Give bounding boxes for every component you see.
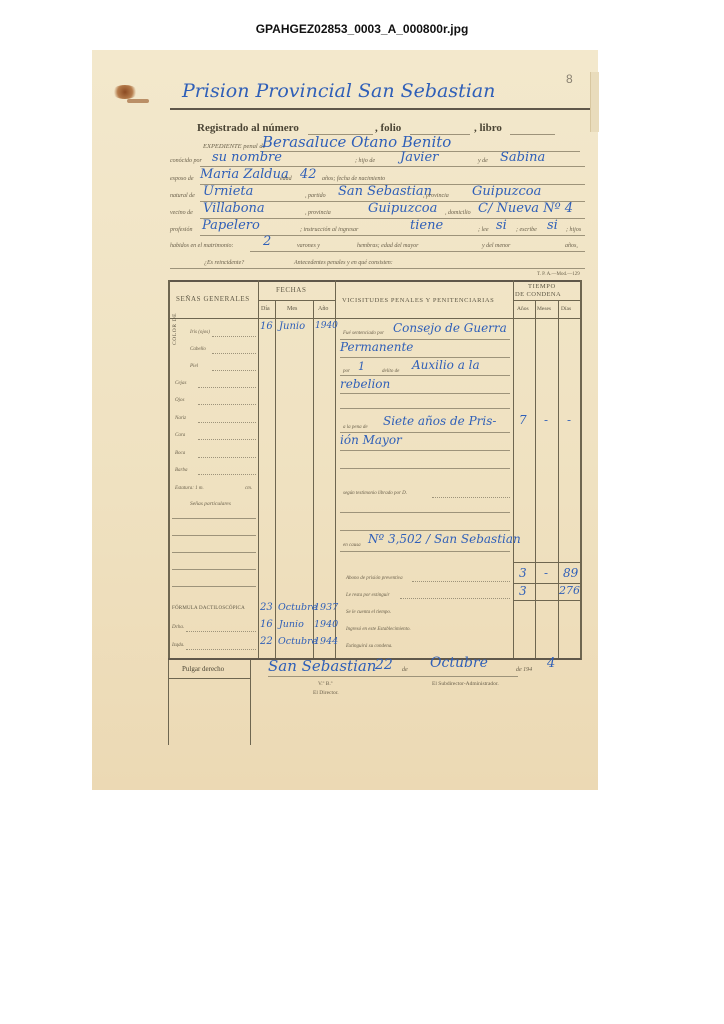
form-code: T. P. A.—Mod.—129: [537, 272, 580, 277]
label-lee: ; lee: [478, 227, 489, 233]
pulgar-box-rule: [168, 678, 250, 679]
label-anos: años,: [565, 243, 578, 249]
particulares-line-2: [172, 535, 256, 536]
profesion-value: Papelero: [202, 218, 260, 233]
delito-rule-1: [340, 375, 510, 376]
ojos-line: [198, 404, 256, 405]
instruccion-value: tiene: [410, 218, 443, 233]
label-provincia: , provincia: [423, 193, 449, 199]
label-vecino: vecino de: [170, 210, 193, 216]
signature-year-digit: 4: [547, 656, 555, 671]
col-divider-anos: [535, 300, 536, 660]
edad-value: 42: [300, 167, 317, 182]
expediente-name: Berasaluce Otano Benito: [262, 133, 451, 151]
date-ingreso-mes: Junio: [279, 619, 304, 630]
date-extincion-mes: Octubre: [278, 636, 317, 647]
label-abono: Abono de prisión preventiva: [346, 576, 403, 581]
provincia-natal-value: Guipuzcoa: [472, 184, 541, 199]
cejas-line: [198, 387, 256, 388]
label-expediente: EXPEDIENTE penal de: [203, 143, 265, 150]
col-divider-vicisitudes: [513, 280, 514, 660]
particulares-line-5: [172, 586, 256, 587]
label-pulgar: Pulgar derecho: [182, 665, 224, 673]
abono-top-rule: [513, 562, 580, 563]
header-vicisitudes: VICISITUDES PENALES Y PENITENCIARIAS: [342, 297, 494, 304]
paper-fold: [590, 72, 599, 132]
natural-value: Urnieta: [203, 184, 253, 199]
label-iris: Iris (ojos): [190, 330, 210, 335]
abono-meses: -: [544, 566, 548, 580]
tribunal-line-2: Permanente: [340, 340, 413, 354]
label-resta: Le resta por extinguir: [346, 593, 390, 598]
boca-line: [198, 457, 256, 458]
fechas-subheader-rule: [258, 300, 335, 301]
label-menor: y del menor: [482, 243, 510, 249]
causa-value: Nº 3,502 / San Sebastian: [368, 532, 521, 546]
cabello-line: [212, 353, 256, 354]
habidos-line: [250, 251, 585, 252]
label-ingreso: Ingresó en este Establecimiento.: [346, 627, 411, 632]
label-instruccion: ; instrucción al ingresar: [300, 227, 358, 233]
varones-value: 2: [263, 234, 271, 249]
header-dias: Días: [561, 306, 571, 312]
label-edad: edad: [280, 176, 292, 182]
label-provincia-vecino: , provincia: [305, 210, 331, 216]
label-partido: , partido: [305, 193, 326, 199]
header-senas: SEÑAS GENERALES: [176, 295, 250, 303]
partido-value: San Sebastian: [338, 184, 432, 199]
abono-dotline: [412, 581, 510, 582]
label-causa: en causa: [343, 543, 361, 548]
date-cuenta-ano: 1937: [314, 602, 338, 613]
resta-dias: 276: [559, 584, 580, 597]
label-libro: , libro: [474, 122, 502, 134]
delito-line-2: rebelion: [340, 377, 390, 391]
pulgar-box-left: [168, 660, 169, 745]
header-dia: Día: [261, 306, 270, 312]
particulares-line-1: [172, 518, 256, 519]
pena-rule-2: [340, 450, 510, 451]
header-mes: Mes: [287, 306, 297, 312]
label-subdirector: El Subdirector-Administrador.: [432, 681, 499, 687]
profesion-line: [200, 235, 585, 236]
escribe-value: si: [547, 218, 558, 233]
col-divider-dia: [275, 300, 276, 660]
date-cuenta-mes: Octubre: [278, 602, 317, 613]
date-extincion-dia: 22: [260, 636, 273, 647]
label-cm: cm.: [245, 486, 252, 491]
table-left-border: [168, 280, 170, 660]
delito-rule-2: [340, 393, 510, 394]
testimonio-line: [432, 497, 510, 498]
header-rule: [170, 108, 590, 110]
esposa-value: Maria Zaldua: [200, 167, 289, 182]
label-estatura: Estatura: 1 m.: [175, 486, 204, 491]
label-natural: natural de: [170, 193, 195, 199]
sentence-ano: 1940: [315, 321, 338, 331]
num-delitos: 1: [358, 360, 365, 373]
institution-name: Prision Provincial San Sebastian: [182, 80, 495, 102]
label-de-ano: de 194: [516, 667, 532, 673]
label-hijos: ; hijos: [566, 227, 581, 233]
libro-field[interactable]: [510, 134, 555, 135]
label-vobo: V.º B.º: [318, 681, 332, 687]
label-dcha: Dcha.: [172, 625, 184, 630]
sentence-dia: 16: [260, 321, 273, 332]
signature-line: [268, 676, 518, 677]
pena-line-2: ión Mayor: [340, 433, 402, 447]
header-de-condena: DE CONDENA: [515, 291, 561, 298]
pena-meses: -: [544, 413, 548, 427]
antecedentes-line: [170, 268, 585, 269]
abono-dias: 89: [563, 566, 578, 580]
pena-dias: -: [567, 413, 571, 427]
resta-anos: 3: [519, 584, 527, 598]
filename-caption: GPAHGEZ02853_0003_A_000800r.jpg: [0, 22, 724, 36]
label-cejas: Cejas: [175, 381, 186, 386]
iris-line: [212, 336, 256, 337]
header-anos: Años: [517, 306, 529, 312]
label-conocido: conócido por: [170, 158, 202, 164]
tribunal-line-1: Consejo de Guerra: [393, 321, 507, 335]
label-delito: delito de: [382, 369, 399, 374]
rust-stain-streak: [127, 99, 149, 103]
header-meses: Meses: [537, 306, 551, 312]
table-top-border: [168, 280, 581, 282]
resta-bottom-rule: [513, 600, 580, 601]
label-domicilio: , domicilio: [445, 210, 471, 216]
label-varones: varones y: [297, 243, 320, 249]
table-right-border: [580, 280, 582, 660]
label-piel: Piel: [190, 364, 198, 369]
label-hijo: ; hijo de: [355, 158, 375, 164]
label-formula: FÓRMULA DACTILOSCÓPICA: [172, 606, 245, 611]
date-extincion-ano: 1944: [314, 636, 338, 647]
label-nariz: Nariz: [175, 416, 186, 421]
label-esposo: esposo de: [170, 176, 194, 182]
label-profesion: profesión: [170, 227, 192, 233]
dcha-line: [186, 631, 256, 632]
vicisitudes-rule-6: [340, 512, 510, 513]
label-escribe: ; escribe: [516, 227, 537, 233]
vicisitudes-rule-5: [340, 468, 510, 469]
label-cuenta: Se le cuenta el tiempo.: [346, 610, 391, 615]
label-hembras: hembras; edad del mayor: [357, 243, 419, 249]
particulares-line-4: [172, 569, 256, 570]
domicilio-value: C/ Nueva Nº 4: [478, 201, 573, 216]
sentence-mes: Junio: [279, 321, 305, 332]
col-divider-senas: [258, 280, 259, 660]
date-ingreso-dia: 16: [260, 619, 273, 630]
izqda-line: [186, 649, 256, 650]
table-header-bottom: [168, 318, 581, 319]
label-cara: Cara: [175, 433, 185, 438]
signature-day: 22: [375, 657, 393, 673]
label-senas-particulares: Señas particulares: [190, 501, 231, 507]
particulares-line-3: [172, 552, 256, 553]
label-ojos: Ojos: [175, 398, 184, 403]
cara-line: [198, 439, 256, 440]
vecino-value: Villabona: [203, 201, 265, 216]
label-habidos: habidos en el matrimonio:: [170, 243, 234, 249]
label-testimonio: según testimonio librado por D.: [343, 491, 407, 496]
header-ano: Año: [318, 306, 328, 312]
barba-line: [198, 474, 256, 475]
abono-anos: 3: [519, 566, 527, 580]
header-tiempo: TIEMPO: [528, 283, 556, 290]
pena-anos: 7: [519, 413, 527, 427]
resta-dotline: [400, 598, 510, 599]
label-de: de: [402, 667, 408, 673]
label-antecedentes: Antecedentes penales y en qué consisten:: [294, 260, 393, 266]
causa-rule: [340, 551, 510, 552]
nariz-line: [198, 422, 256, 423]
label-director: El Director.: [313, 690, 339, 696]
label-y-de: y de: [478, 158, 488, 164]
label-sentenciado: Fué sentenciado por: [343, 331, 384, 336]
madre-value: Sabina: [500, 150, 545, 165]
provincia-vecino-value: Guipuzcoa: [368, 201, 437, 216]
label-color-de: COLOR DE: [172, 313, 178, 345]
vicisitudes-rule-3: [340, 408, 510, 409]
date-ingreso-ano: 1940: [314, 619, 338, 630]
label-reincidente: ¿Es reincidente?: [204, 260, 244, 266]
vicisitudes-rule-7: [340, 530, 510, 531]
page-number: 8: [566, 72, 573, 86]
conocido-value: su nombre: [212, 150, 282, 165]
col-divider-meses: [558, 300, 559, 660]
delito-line-1: Auxilio a la: [412, 358, 480, 372]
label-por: por: [343, 369, 350, 374]
tiempo-subheader-rule: [513, 300, 580, 301]
lee-value: si: [496, 218, 507, 233]
pulgar-box-right: [250, 660, 251, 745]
label-fecha-nacimiento: años; fecha de nacimiento: [322, 176, 385, 182]
piel-line: [212, 370, 256, 371]
label-extinguira: Extinguirá su condena.: [346, 644, 393, 649]
padre-value: Javier: [400, 150, 438, 165]
signature-place: San Sebastian: [268, 657, 376, 675]
pena-line-1: Siete años de Pris-: [383, 414, 496, 428]
label-pena: a la pena de: [343, 425, 368, 430]
rust-stain: [112, 85, 138, 99]
label-izqda: Izqda.: [172, 643, 184, 648]
label-barba: Barba: [175, 468, 188, 473]
label-boca: Boca: [175, 451, 185, 456]
label-cabello: Cabello: [190, 347, 206, 352]
header-fechas: FECHAS: [276, 286, 306, 294]
date-cuenta-dia: 23: [260, 602, 273, 613]
signature-month: Octubre: [430, 655, 488, 671]
